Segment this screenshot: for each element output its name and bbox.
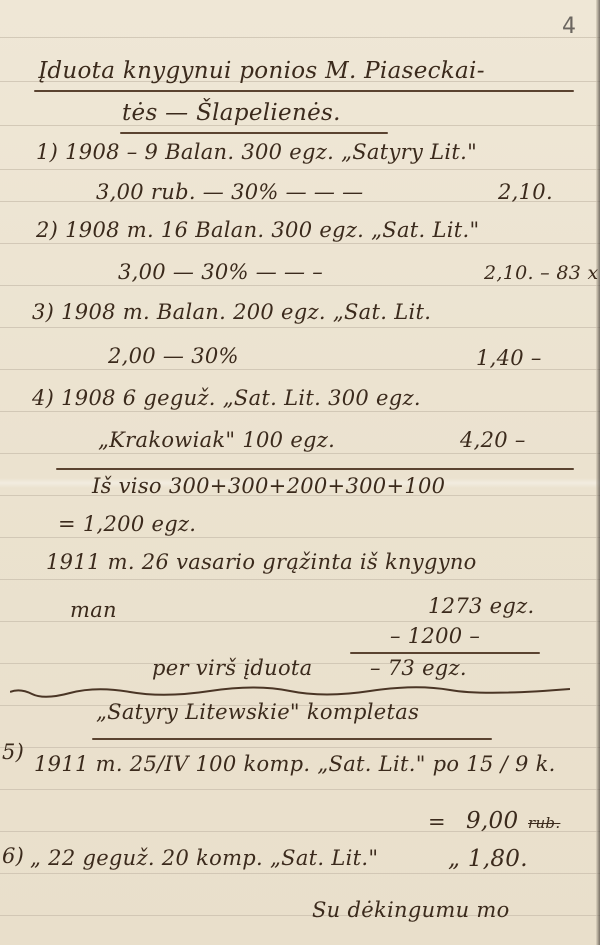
sum-rule xyxy=(56,468,574,470)
entry-5-num: 5) xyxy=(2,740,24,764)
entry-6-num: 6) xyxy=(2,844,24,868)
manuscript-page: 4 Įduota knygynui ponios M. Piaseckai- t… xyxy=(0,0,600,945)
ruled-line xyxy=(0,453,600,454)
title-underline-2 xyxy=(120,132,388,134)
ruled-line xyxy=(0,169,600,170)
closing-text: Su dėkingumu mo xyxy=(312,898,510,922)
ruled-line xyxy=(0,537,600,538)
entry-1-amount: 2,10. xyxy=(498,180,553,204)
entry-3-calc: 2,00 — 30% xyxy=(108,344,239,368)
result-label: per virš įduota xyxy=(152,656,312,680)
ruled-line xyxy=(0,789,600,790)
section2-underline xyxy=(92,738,492,740)
page-number: 4 xyxy=(562,14,576,39)
entry-5-text: 1911 m. 25/IV 100 komp. „Sat. Lit." po 1… xyxy=(34,752,556,776)
entry-2-amount: 2,10. – 83 x. xyxy=(484,262,600,284)
page-edge xyxy=(596,0,600,945)
ruled-line xyxy=(0,873,600,874)
ruled-line xyxy=(0,243,600,244)
ruled-line xyxy=(0,411,600,412)
ruled-line xyxy=(0,915,600,916)
entry-2-calc: 3,00 — 30% — — – xyxy=(118,260,323,284)
ruled-line xyxy=(0,579,600,580)
entry-1-label: 1) 1908 – 9 Balan. 300 egz. „Satyry Lit.… xyxy=(36,140,477,164)
title-line-1: Įduota knygynui ponios M. Piaseckai- xyxy=(38,58,485,84)
entry-6-text: „ 22 geguž. 20 komp. „Sat. Lit." xyxy=(30,846,378,870)
subtraction-rule xyxy=(350,652,540,654)
entry-5-amount: 9,00 xyxy=(466,808,518,834)
wavy-separator xyxy=(10,686,570,698)
entry-2-label: 2) 1908 m. 16 Balan. 300 egz. „Sat. Lit.… xyxy=(36,218,479,242)
entry-5-unit: rub. xyxy=(528,814,560,832)
ruled-line xyxy=(0,327,600,328)
ruled-line xyxy=(0,37,600,38)
return-line-2-right: 1273 egz. xyxy=(428,594,534,618)
return-minus: – 1200 – xyxy=(390,624,480,648)
return-line-1: 1911 m. 26 vasario grąžinta iš knygyno xyxy=(46,550,477,574)
entry-3-label: 3) 1908 m. Balan. 200 egz. „Sat. Lit. xyxy=(32,300,431,324)
ruled-line xyxy=(0,285,600,286)
entry-4-label: 4) 1908 6 geguž. „Sat. Lit. 300 egz. xyxy=(32,386,421,410)
entry-5-eq: = xyxy=(428,810,446,834)
entry-4-amount: 4,20 – xyxy=(460,428,526,452)
ruled-line xyxy=(0,747,600,748)
section2-heading: „Satyry Litewskie" kompletas xyxy=(96,700,419,724)
title-line-2: tės — Šlapelienės. xyxy=(122,100,341,126)
title-underline xyxy=(34,90,574,92)
total-line-1: Iš viso 300+300+200+300+100 xyxy=(92,474,445,498)
entry-6-amount: „ 1,80. xyxy=(448,846,528,872)
return-line-2-left: man xyxy=(70,598,117,622)
result-value: – 73 egz. xyxy=(370,656,467,680)
entry-4-calc: „Krakowiak" 100 egz. xyxy=(98,428,335,452)
entry-1-calc: 3,00 rub. — 30% — — — xyxy=(96,180,363,204)
entry-3-amount: 1,40 – xyxy=(476,346,542,370)
total-line-2: = 1,200 egz. xyxy=(58,512,196,536)
